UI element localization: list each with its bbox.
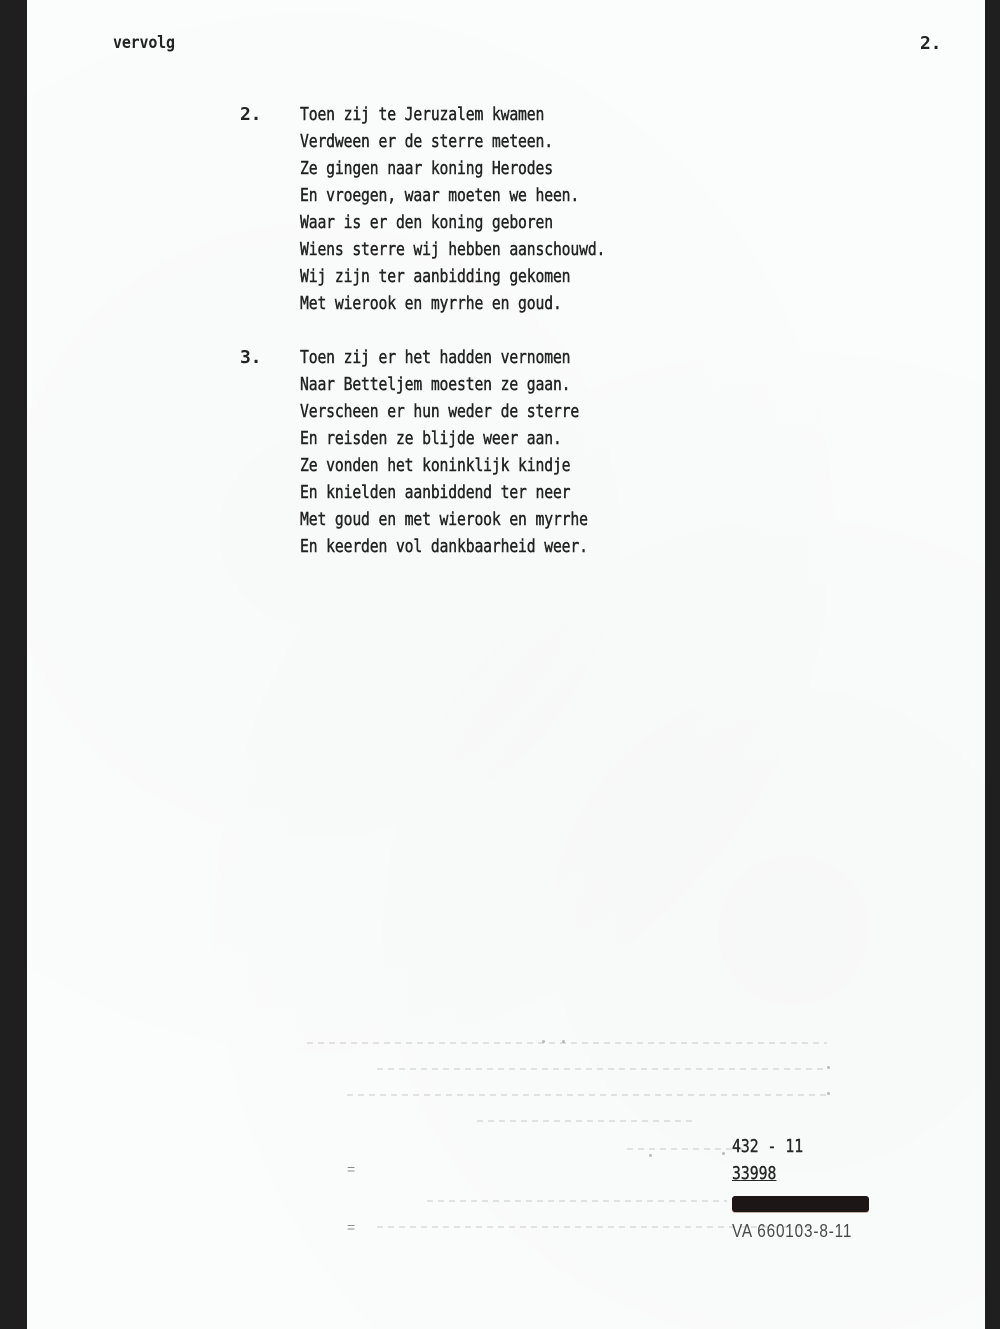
verse-line: En reisden ze blijde weer aan. (300, 425, 644, 452)
verse-line: Toen zij te Jeruzalem kwamen (300, 101, 644, 128)
verse-line: Verscheen er hun weder de sterre (300, 398, 644, 425)
stanza-number: 2. (240, 101, 261, 128)
margin-mark: = (347, 1219, 355, 1235)
verse-line: Toen zij er het hadden vernomen (300, 344, 644, 371)
verse-line: Met goud en met wierook en myrrhe (300, 506, 644, 533)
verse-line: Waar is er den koning geboren (300, 209, 644, 236)
redaction-bar (732, 1196, 869, 1212)
verse-line: Wij zijn ter aanbidding gekomen (300, 263, 644, 290)
verse-line: En keerden vol dankbaarheid weer. (300, 533, 644, 560)
verse-line: Wiens sterre wij hebben aanschouwd. (300, 236, 644, 263)
archive-code-2: 33998 (732, 1160, 803, 1187)
archive-code-1: 432 - 11 (732, 1133, 803, 1160)
stanza-lines: Toen zij er het hadden vernomen Naar Bet… (300, 344, 720, 560)
paper-sheet: vervolg 2. 2. Toen zij te Jeruzalem kwam… (27, 0, 985, 1329)
page-number: 2. (920, 33, 941, 54)
verse-line: En knielden aanbiddend ter neer (300, 479, 644, 506)
verse-line: Ze vonden het koninklijk kindje (300, 452, 644, 479)
verse-line: Naar Betteljem moesten ze gaan. (300, 371, 644, 398)
stanza-lines: Toen zij te Jeruzalem kwamen Verdween er… (300, 101, 720, 317)
va-code: VA 660103-8-11 (732, 1221, 852, 1242)
scanned-page: vervolg 2. 2. Toen zij te Jeruzalem kwam… (0, 0, 1000, 1329)
header-continuation-label: vervolg (113, 33, 175, 53)
stanza-number: 3. (240, 344, 261, 371)
verse-line: Met wierook en myrrhe en goud. (300, 290, 644, 317)
verse-line: Verdween er de sterre meteen. (300, 128, 644, 155)
archive-reference: 432 - 11 33998 VA 660103-8-11 (732, 1133, 819, 1187)
verse-line: En vroegen, waar moeten we heen. (300, 182, 644, 209)
margin-mark: = (347, 1161, 355, 1177)
verse-line: Ze gingen naar koning Herodes (300, 155, 644, 182)
